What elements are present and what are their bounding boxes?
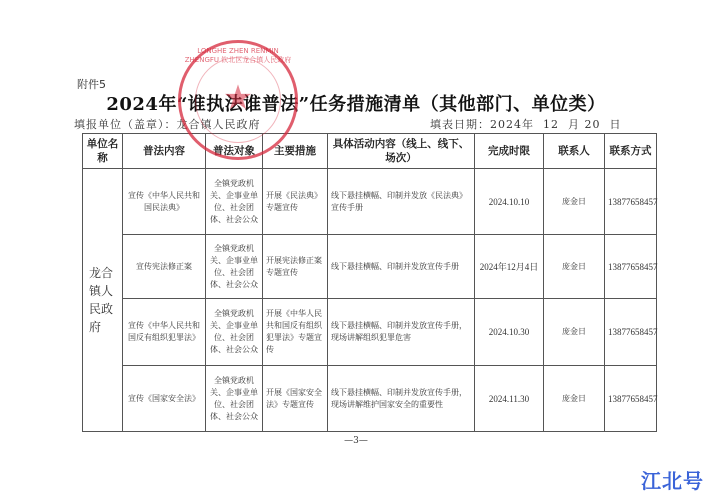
phone-cell: 13877658457 — [605, 235, 657, 299]
document-title: 2024年“谁执法谁普法”任务措施清单（其他部门、单位类） — [0, 90, 712, 116]
column-header-target: 普法对象 — [206, 134, 263, 169]
seal-ring-text: LONGHE ZHEN RENMIN ZHENGFU 钦北区龙合镇人民政府 — [181, 47, 295, 65]
measure-cell: 开展宪法修正案专题宣传 — [263, 235, 328, 299]
activity-cell: 线下悬挂横幅、印制并发放宣传手册，现场讲解维护国家安全的重要性 — [328, 366, 475, 432]
table-row: 宣传《国家安全法》 全镇党政机关、企事业单位、社会团体、社会公众 开展《国家安全… — [83, 366, 657, 432]
activity-cell: 线下悬挂横幅、印制并发放宣传手册 — [328, 235, 475, 299]
measure-cell: 开展《民法典》专题宣传 — [263, 169, 328, 235]
activity-cell: 线下悬挂横幅、印制并发放宣传手册，现场讲解组织犯罪危害 — [328, 299, 475, 366]
watermark-logo: 江北号 — [641, 465, 704, 494]
table-row: 宣传《中华人民共和国反有组织犯罪法》 全镇党政机关、企事业单位、社会团体、社会公… — [83, 299, 657, 366]
column-header-measure: 主要措施 — [263, 134, 328, 169]
unit-name-cell: 龙合镇人民政府 — [83, 169, 123, 432]
filler-label: 填报单位（盖章）： — [74, 118, 177, 131]
phone-cell: 13877658457 — [605, 366, 657, 432]
content-cell: 宣传《中华人民共和国反有组织犯罪法》 — [123, 299, 206, 366]
contact-cell: 庞金日 — [544, 235, 605, 299]
measure-cell: 开展《中华人民共和国反有组织犯罪法》专题宣传 — [263, 299, 328, 366]
filler-unit: 填报单位（盖章）：龙合镇人民政府 — [74, 116, 261, 132]
deadline-cell: 2024.10.10 — [475, 169, 544, 235]
content-cell: 宣传宪法修正案 — [123, 235, 206, 299]
column-header-deadline: 完成时限 — [475, 134, 544, 169]
content-cell: 宣传《国家安全法》 — [123, 366, 206, 432]
phone-cell: 13877658457 — [605, 299, 657, 366]
column-header-unit: 单位名称 — [83, 134, 123, 169]
fill-date: 填表日期：2024年 12 月 20 日 — [430, 116, 621, 132]
contact-cell: 庞金日 — [544, 299, 605, 366]
table-header-row: 单位名称 普法内容 普法对象 主要措施 具体活动内容（线上、线下、场次） 完成时… — [83, 134, 657, 169]
column-header-content: 普法内容 — [123, 134, 206, 169]
content-cell: 宣传《中华人民共和国民法典》 — [123, 169, 206, 235]
target-cell: 全镇党政机关、企事业单位、社会团体、社会公众 — [206, 169, 263, 235]
deadline-cell: 2024.11.30 — [475, 366, 544, 432]
column-header-activity: 具体活动内容（线上、线下、场次） — [328, 134, 475, 169]
phone-cell: 13877658457 — [605, 169, 657, 235]
target-cell: 全镇党政机关、企事业单位、社会团体、社会公众 — [206, 235, 263, 299]
target-cell: 全镇党政机关、企事业单位、社会团体、社会公众 — [206, 366, 263, 432]
column-header-contact: 联系人 — [544, 134, 605, 169]
contact-cell: 庞金日 — [544, 366, 605, 432]
measure-cell: 开展《国家安全法》专题宣传 — [263, 366, 328, 432]
target-cell: 全镇党政机关、企事业单位、社会团体、社会公众 — [206, 299, 263, 366]
table-row: 宣传宪法修正案 全镇党政机关、企事业单位、社会团体、社会公众 开展宪法修正案专题… — [83, 235, 657, 299]
deadline-cell: 2024年12月4日 — [475, 235, 544, 299]
page-number: —3— — [0, 436, 712, 446]
filler-value: 龙合镇人民政府 — [177, 118, 261, 131]
column-header-phone: 联系方式 — [605, 134, 657, 169]
task-table: 单位名称 普法内容 普法对象 主要措施 具体活动内容（线上、线下、场次） 完成时… — [82, 133, 657, 432]
contact-cell: 庞金日 — [544, 169, 605, 235]
table-row: 龙合镇人民政府 宣传《中华人民共和国民法典》 全镇党政机关、企事业单位、社会团体… — [83, 169, 657, 235]
activity-cell: 线下悬挂横幅、印制并发放《民法典》宣传手册 — [328, 169, 475, 235]
deadline-cell: 2024.10.30 — [475, 299, 544, 366]
